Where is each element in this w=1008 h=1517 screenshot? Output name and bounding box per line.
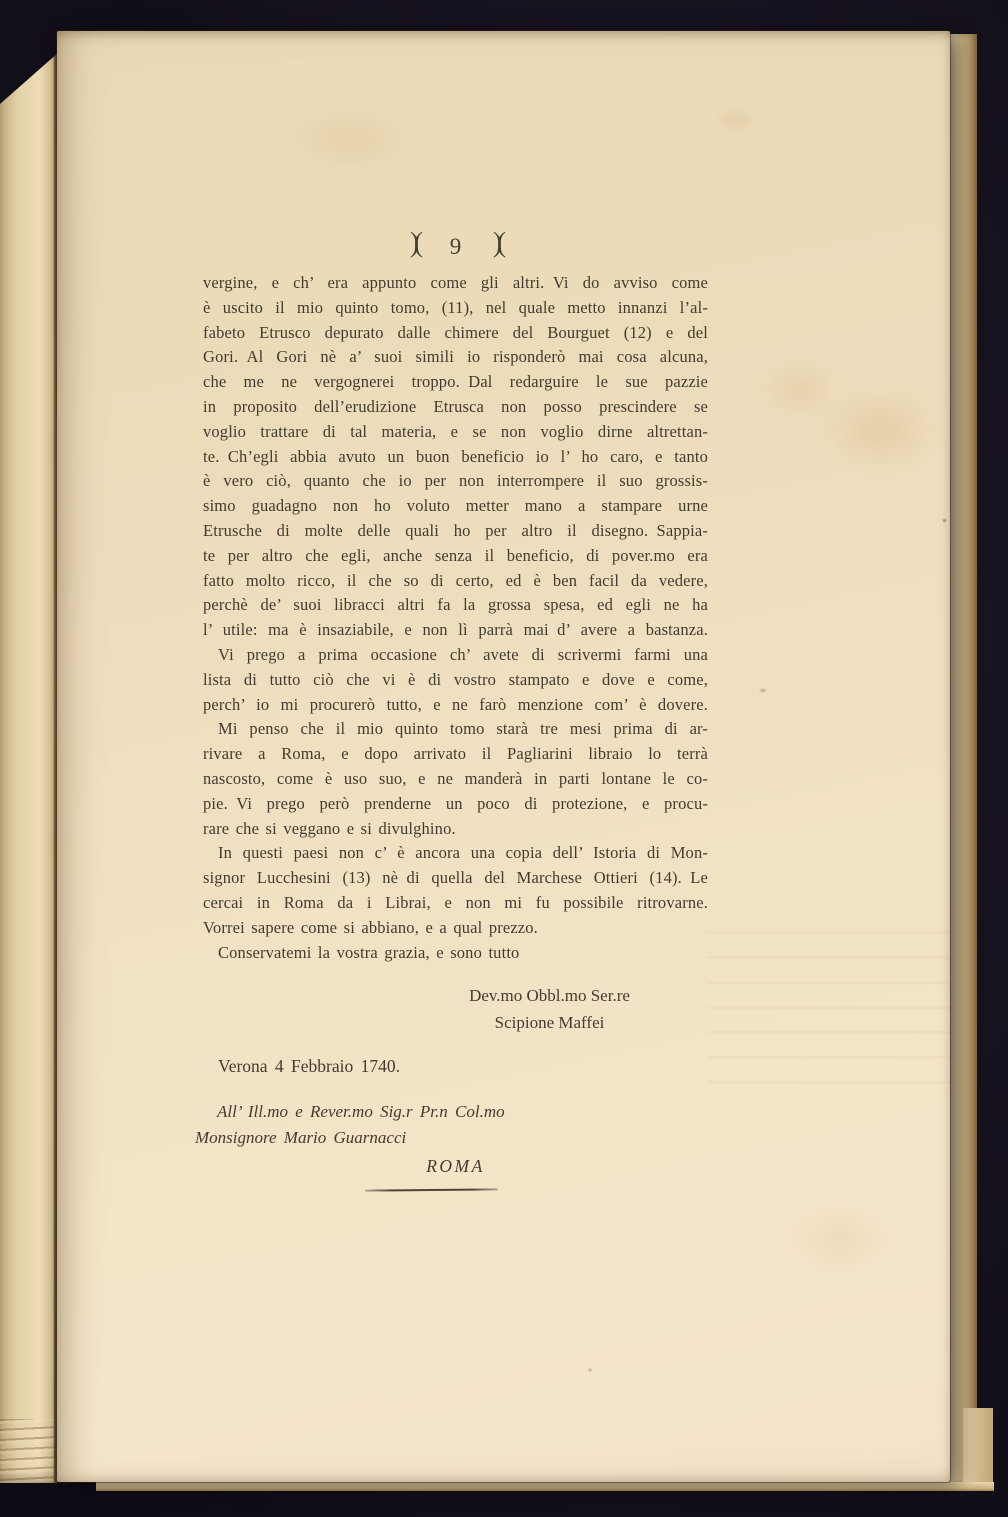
signature: Scipione Maffei bbox=[203, 1009, 708, 1036]
header-ornament-left: )( bbox=[410, 224, 418, 260]
text-line: l’ utile: ma è insaziabile, e non lì par… bbox=[203, 618, 708, 643]
text-line: perchè de’ suoi libracci altri fa la gro… bbox=[203, 593, 708, 618]
letter-body: vergine, e ch’ era appunto come gli altr… bbox=[203, 271, 708, 965]
header-ornament-right: )( bbox=[493, 224, 501, 260]
text-line: fatto molto ricco, il che so di certo, e… bbox=[203, 569, 708, 594]
address-block: All’ Ill.mo e Rever.mo Sig.r Pr.n Col.mo… bbox=[203, 1099, 708, 1179]
book-page: )( 9 )( vergine, e ch’ era appunto come … bbox=[57, 31, 950, 1482]
text-line: rivare a Roma, e dopo arrivato il Paglia… bbox=[203, 742, 708, 767]
text-line: signor Lucchesini (13) nè di quella del … bbox=[203, 866, 708, 891]
text-line: è vero ciò, quanto che io per non interr… bbox=[203, 469, 708, 494]
left-page-edge bbox=[0, 30, 57, 1483]
address-line-2: Monsignore Mario Guarnacci bbox=[195, 1125, 708, 1151]
under-page-corner bbox=[963, 1408, 993, 1490]
book-scan: )( 9 )( vergine, e ch’ era appunto come … bbox=[0, 0, 1008, 1517]
address-line-1: All’ Ill.mo e Rever.mo Sig.r Pr.n Col.mo bbox=[203, 1099, 708, 1125]
text-line: te per altro che egli, anche senza il be… bbox=[203, 544, 708, 569]
text-line: nascosto, come è uso suo, e ne manderà i… bbox=[203, 767, 708, 792]
page-header: )( 9 )( bbox=[203, 225, 708, 261]
closing-block: Dev.mo Obbl.mo Ser.re Scipione Maffei bbox=[203, 982, 708, 1036]
text-line: perch’ io mi procurerò tutto, e ne farò … bbox=[203, 693, 708, 718]
page-fore-edge-right bbox=[950, 34, 977, 1484]
text-line: fabeto Etrusco depurato dalle chimere de… bbox=[203, 321, 708, 346]
text-line: Mi penso che il mio quinto tomo starà tr… bbox=[203, 717, 708, 742]
text-line: te. Ch’egli abbia avuto un buon benefici… bbox=[203, 445, 708, 470]
text-line: vergine, e ch’ era appunto come gli altr… bbox=[203, 271, 708, 296]
text-line: Gori. Al Gori nè a’ suoi simili io rispo… bbox=[203, 345, 708, 370]
text-line: è uscito il mio quinto tomo, (11), nel q… bbox=[203, 296, 708, 321]
text-line: Etrusche di molte delle quali ho per alt… bbox=[203, 519, 708, 544]
text-line: che me ne vergognerei troppo. Dal redarg… bbox=[203, 370, 708, 395]
text-line: lista di tutto ciò che vi è di vostro st… bbox=[203, 668, 708, 693]
address-city: ROMA bbox=[203, 1151, 708, 1179]
text-line: In questi paesi non c’ è ancora una copi… bbox=[203, 841, 708, 866]
divider-rule bbox=[365, 1188, 498, 1191]
dateline: Verona 4 Febbraio 1740. bbox=[218, 1054, 400, 1079]
text-line: simo guadagno non ho voluto metter mano … bbox=[203, 494, 708, 519]
text-line: Vi prego a prima occasione ch’ avete di … bbox=[203, 643, 708, 668]
page-number: 9 bbox=[450, 230, 462, 264]
text-line: Conservatemi la vostra grazia, e sono tu… bbox=[203, 941, 708, 966]
text-line: Vorrei sapere come si abbiano, e a qual … bbox=[203, 916, 708, 941]
text-line: cercai in Roma da i Librai, e non mi fu … bbox=[203, 891, 708, 916]
text-line: in proposito dell’erudizione Etrusca non… bbox=[203, 395, 708, 420]
text-line: voglio trattare di tal materia, e se non… bbox=[203, 420, 708, 445]
text-line: rare che si veggano e si divulghino. bbox=[203, 817, 708, 842]
valediction: Dev.mo Obbl.mo Ser.re bbox=[203, 982, 708, 1009]
text-line: pie. Vi prego però prenderne un poco di … bbox=[203, 792, 708, 817]
under-page-bottom-edge bbox=[96, 1482, 994, 1491]
